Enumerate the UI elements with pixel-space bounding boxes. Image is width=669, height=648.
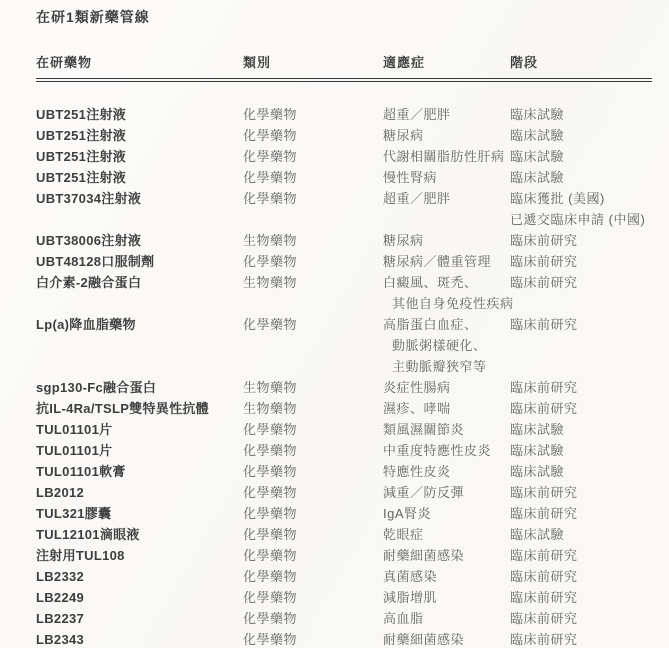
stage-line: 臨床試驗 — [510, 125, 652, 146]
drug-name-cell: TUL01101片 — [36, 419, 243, 440]
stage-cell: 臨床前研究 — [510, 377, 652, 398]
drug-name: 抗IL-4Ra/TSLP雙特異性抗體 — [36, 398, 243, 419]
category-text: 化學藥物 — [243, 545, 383, 566]
stage-cell: 臨床試驗 — [510, 419, 652, 440]
stage-cell: 臨床前研究 — [510, 629, 652, 648]
category-text: 化學藥物 — [243, 587, 383, 608]
indication-line: 減脂增肌 — [383, 587, 510, 608]
stage-line: 臨床試驗 — [510, 440, 652, 461]
drug-name: LB2012 — [36, 482, 243, 503]
category-text: 生物藥物 — [243, 272, 383, 293]
indication-cell: 真菌感染 — [383, 566, 510, 587]
category-text: 生物藥物 — [243, 398, 383, 419]
category-text: 化學藥物 — [243, 629, 383, 648]
indication-cell: 超重／肥胖 — [383, 104, 510, 125]
drug-name-cell: sgp130-Fc融合蛋白 — [36, 377, 243, 398]
category-text: 化學藥物 — [243, 566, 383, 587]
drug-name-cell: UBT251注射液 — [36, 125, 243, 146]
indication-cell: 耐藥細菌感染 — [383, 545, 510, 566]
stage-cell: 臨床試驗 — [510, 125, 652, 146]
table-header: 在研藥物 類別 適應症 階段 — [36, 54, 652, 72]
table-row: UBT251注射液化學藥物代謝相關脂肪性肝病臨床試驗 — [36, 146, 652, 167]
drug-name-cell: LB2012 — [36, 482, 243, 503]
category-cell: 生物藥物 — [243, 398, 383, 419]
category-text: 生物藥物 — [243, 377, 383, 398]
stage-line: 已遞交臨床申請 (中國) — [510, 209, 652, 230]
category-cell: 化學藥物 — [243, 188, 383, 209]
table-row: LB2343化學藥物耐藥細菌感染臨床前研究 — [36, 629, 652, 648]
stage-line: 臨床前研究 — [510, 503, 652, 524]
category-cell: 化學藥物 — [243, 629, 383, 648]
drug-name: LB2343 — [36, 629, 243, 648]
drug-name-cell: 白介素-2融合蛋白 — [36, 272, 243, 293]
drug-name: Lp(a)降血脂藥物 — [36, 314, 243, 335]
table-row: UBT48128口服制劑化學藥物糖尿病／體重管理臨床前研究 — [36, 251, 652, 272]
drug-name: TUL12101滴眼液 — [36, 524, 243, 545]
indication-line: 真菌感染 — [383, 566, 510, 587]
drug-name: LB2249 — [36, 587, 243, 608]
indication-line: 耐藥細菌感染 — [383, 629, 510, 648]
drug-name-cell: LB2332 — [36, 566, 243, 587]
drug-name-cell: Lp(a)降血脂藥物 — [36, 314, 243, 335]
indication-line: 白癜風、斑禿、 — [383, 272, 510, 293]
drug-name: UBT251注射液 — [36, 167, 243, 188]
category-text: 化學藥物 — [243, 314, 383, 335]
indication-line: 高血脂 — [383, 608, 510, 629]
drug-name-cell: 注射用TUL108 — [36, 545, 243, 566]
category-text: 化學藥物 — [243, 608, 383, 629]
category-text: 化學藥物 — [243, 440, 383, 461]
category-cell: 化學藥物 — [243, 503, 383, 524]
column-header-indication: 適應症 — [383, 54, 510, 72]
drug-name-cell: LB2343 — [36, 629, 243, 648]
column-header-category: 類別 — [243, 54, 383, 72]
category-cell: 化學藥物 — [243, 167, 383, 188]
stage-cell: 臨床前研究 — [510, 272, 652, 293]
category-text: 化學藥物 — [243, 503, 383, 524]
drug-name-cell: UBT251注射液 — [36, 146, 243, 167]
category-cell: 化學藥物 — [243, 314, 383, 335]
column-header-stage: 階段 — [510, 54, 652, 72]
indication-line: 慢性腎病 — [383, 167, 510, 188]
category-cell: 化學藥物 — [243, 482, 383, 503]
stage-cell: 臨床前研究 — [510, 587, 652, 608]
category-text: 化學藥物 — [243, 146, 383, 167]
category-text: 生物藥物 — [243, 230, 383, 251]
table-row: UBT251注射液化學藥物超重／肥胖臨床試驗 — [36, 104, 652, 125]
stage-cell: 臨床前研究 — [510, 398, 652, 419]
stage-line: 臨床試驗 — [510, 167, 652, 188]
indication-cell: 慢性腎病 — [383, 167, 510, 188]
indication-cell: 乾眼症 — [383, 524, 510, 545]
drug-name: 白介素-2融合蛋白 — [36, 272, 243, 293]
indication-cell: 糖尿病 — [383, 230, 510, 251]
category-cell: 化學藥物 — [243, 461, 383, 482]
stage-cell: 臨床獲批 (美國)已遞交臨床申請 (中國) — [510, 188, 652, 230]
indication-line: 主動脈瓣狹窄等 — [383, 356, 510, 377]
indication-line: 動脈粥樣硬化、 — [383, 335, 510, 356]
stage-line: 臨床前研究 — [510, 482, 652, 503]
table-row: UBT251注射液化學藥物慢性腎病臨床試驗 — [36, 167, 652, 188]
drug-name: UBT48128口服制劑 — [36, 251, 243, 272]
category-text: 化學藥物 — [243, 461, 383, 482]
table-row: LB2012化學藥物減重／防反彈臨床前研究 — [36, 482, 652, 503]
table-row: UBT251注射液化學藥物糖尿病臨床試驗 — [36, 125, 652, 146]
indication-line: 超重／肥胖 — [383, 188, 510, 209]
stage-cell: 臨床前研究 — [510, 608, 652, 629]
category-text: 化學藥物 — [243, 104, 383, 125]
category-cell: 生物藥物 — [243, 230, 383, 251]
category-cell: 化學藥物 — [243, 146, 383, 167]
stage-line: 臨床試驗 — [510, 146, 652, 167]
indication-cell: 炎症性腸病 — [383, 377, 510, 398]
stage-cell: 臨床前研究 — [510, 482, 652, 503]
table-row: LB2249化學藥物減脂增肌臨床前研究 — [36, 587, 652, 608]
indication-cell: IgA腎炎 — [383, 503, 510, 524]
category-cell: 化學藥物 — [243, 104, 383, 125]
drug-name-cell: UBT251注射液 — [36, 104, 243, 125]
category-cell: 化學藥物 — [243, 587, 383, 608]
stage-cell: 臨床前研究 — [510, 503, 652, 524]
stage-cell: 臨床前研究 — [510, 545, 652, 566]
indication-line: 糖尿病 — [383, 230, 510, 251]
category-text: 化學藥物 — [243, 188, 383, 209]
stage-line: 臨床試驗 — [510, 524, 652, 545]
stage-line: 臨床前研究 — [510, 587, 652, 608]
column-header-drug: 在研藥物 — [36, 54, 243, 72]
indication-line: 其他自身免疫性疾病 — [383, 293, 510, 314]
stage-cell: 臨床試驗 — [510, 440, 652, 461]
category-cell: 化學藥物 — [243, 566, 383, 587]
stage-line: 臨床前研究 — [510, 545, 652, 566]
table-row: TUL12101滴眼液化學藥物乾眼症臨床試驗 — [36, 524, 652, 545]
drug-name: 注射用TUL108 — [36, 545, 243, 566]
indication-cell: 減重／防反彈 — [383, 482, 510, 503]
stage-cell: 臨床前研究 — [510, 251, 652, 272]
indication-line: 乾眼症 — [383, 524, 510, 545]
drug-name: UBT38006注射液 — [36, 230, 243, 251]
category-text: 化學藥物 — [243, 482, 383, 503]
stage-line: 臨床前研究 — [510, 251, 652, 272]
indication-line: 耐藥細菌感染 — [383, 545, 510, 566]
stage-line: 臨床前研究 — [510, 230, 652, 251]
drug-name-cell: LB2249 — [36, 587, 243, 608]
drug-name: TUL01101軟膏 — [36, 461, 243, 482]
category-cell: 化學藥物 — [243, 440, 383, 461]
indication-line: 代謝相關脂肪性肝病 — [383, 146, 510, 167]
indication-cell: 高脂蛋白血症、動脈粥樣硬化、主動脈瓣狹窄等 — [383, 314, 510, 377]
indication-cell: 耐藥細菌感染 — [383, 629, 510, 648]
drug-name: TUL01101片 — [36, 440, 243, 461]
indication-cell: 代謝相關脂肪性肝病 — [383, 146, 510, 167]
drug-name-cell: UBT37034注射液 — [36, 188, 243, 209]
indication-line: 高脂蛋白血症、 — [383, 314, 510, 335]
indication-line: 減重／防反彈 — [383, 482, 510, 503]
drug-name: UBT251注射液 — [36, 146, 243, 167]
table-row: TUL01101片化學藥物中重度特應性皮炎臨床試驗 — [36, 440, 652, 461]
indication-cell: 糖尿病 — [383, 125, 510, 146]
category-cell: 化學藥物 — [243, 545, 383, 566]
category-cell: 生物藥物 — [243, 272, 383, 293]
stage-cell: 臨床試驗 — [510, 167, 652, 188]
drug-name-cell: TUL01101片 — [36, 440, 243, 461]
stage-line: 臨床前研究 — [510, 377, 652, 398]
table-row: Lp(a)降血脂藥物化學藥物高脂蛋白血症、動脈粥樣硬化、主動脈瓣狹窄等臨床前研究 — [36, 314, 652, 377]
stage-line: 臨床前研究 — [510, 314, 652, 335]
category-text: 化學藥物 — [243, 251, 383, 272]
stage-cell: 臨床試驗 — [510, 524, 652, 545]
stage-line: 臨床前研究 — [510, 566, 652, 587]
drug-name: TUL321膠囊 — [36, 503, 243, 524]
table-row: sgp130-Fc融合蛋白生物藥物炎症性腸病臨床前研究 — [36, 377, 652, 398]
indication-cell: 糖尿病／體重管理 — [383, 251, 510, 272]
table-body: UBT251注射液化學藥物超重／肥胖臨床試驗UBT251注射液化學藥物糖尿病臨床… — [36, 104, 652, 648]
drug-name-cell: LB2237 — [36, 608, 243, 629]
indication-line: 中重度特應性皮炎 — [383, 440, 510, 461]
table-row: LB2332化學藥物真菌感染臨床前研究 — [36, 566, 652, 587]
stage-line: 臨床獲批 (美國) — [510, 188, 652, 209]
table-row: UBT37034注射液化學藥物超重／肥胖臨床獲批 (美國)已遞交臨床申請 (中國… — [36, 188, 652, 230]
category-text: 化學藥物 — [243, 524, 383, 545]
drug-name-cell: TUL321膠囊 — [36, 503, 243, 524]
drug-name-cell: 抗IL-4Ra/TSLP雙特異性抗體 — [36, 398, 243, 419]
stage-line: 臨床試驗 — [510, 419, 652, 440]
category-cell: 化學藥物 — [243, 608, 383, 629]
stage-line: 臨床試驗 — [510, 104, 652, 125]
indication-cell: 超重／肥胖 — [383, 188, 510, 209]
stage-line: 臨床前研究 — [510, 629, 652, 648]
table-row: 抗IL-4Ra/TSLP雙特異性抗體生物藥物濕疹、哮喘臨床前研究 — [36, 398, 652, 419]
indication-line: 特應性皮炎 — [383, 461, 510, 482]
indication-line: 超重／肥胖 — [383, 104, 510, 125]
header-divider — [36, 78, 652, 82]
indication-cell: 白癜風、斑禿、其他自身免疫性疾病 — [383, 272, 510, 314]
page-title: 在研1類新藥管線 — [36, 8, 652, 26]
drug-name-cell: TUL01101軟膏 — [36, 461, 243, 482]
table-row: TUL321膠囊化學藥物IgA腎炎臨床前研究 — [36, 503, 652, 524]
pipeline-page: 在研1類新藥管線 在研藥物 類別 適應症 階段 UBT251注射液化學藥物超重／… — [0, 0, 669, 648]
drug-name: UBT251注射液 — [36, 104, 243, 125]
indication-cell: 高血脂 — [383, 608, 510, 629]
stage-cell: 臨床前研究 — [510, 314, 652, 335]
indication-line: 濕疹、哮喘 — [383, 398, 510, 419]
drug-name: LB2237 — [36, 608, 243, 629]
category-cell: 化學藥物 — [243, 125, 383, 146]
table-row: 注射用TUL108化學藥物耐藥細菌感染臨床前研究 — [36, 545, 652, 566]
drug-name-cell: TUL12101滴眼液 — [36, 524, 243, 545]
stage-cell: 臨床試驗 — [510, 146, 652, 167]
table-row: TUL01101片化學藥物類風濕關節炎臨床試驗 — [36, 419, 652, 440]
category-text: 化學藥物 — [243, 167, 383, 188]
indication-cell: 減脂增肌 — [383, 587, 510, 608]
indication-cell: 特應性皮炎 — [383, 461, 510, 482]
drug-name: sgp130-Fc融合蛋白 — [36, 377, 243, 398]
stage-cell: 臨床前研究 — [510, 566, 652, 587]
indication-cell: 中重度特應性皮炎 — [383, 440, 510, 461]
indication-cell: 濕疹、哮喘 — [383, 398, 510, 419]
table-row: TUL01101軟膏化學藥物特應性皮炎臨床試驗 — [36, 461, 652, 482]
stage-line: 臨床前研究 — [510, 272, 652, 293]
category-cell: 化學藥物 — [243, 419, 383, 440]
indication-cell: 類風濕關節炎 — [383, 419, 510, 440]
category-cell: 化學藥物 — [243, 524, 383, 545]
drug-name: LB2332 — [36, 566, 243, 587]
drug-name: TUL01101片 — [36, 419, 243, 440]
indication-line: 糖尿病 — [383, 125, 510, 146]
table-row: UBT38006注射液生物藥物糖尿病臨床前研究 — [36, 230, 652, 251]
stage-line: 臨床前研究 — [510, 398, 652, 419]
drug-name-cell: UBT38006注射液 — [36, 230, 243, 251]
category-text: 化學藥物 — [243, 125, 383, 146]
stage-cell: 臨床前研究 — [510, 230, 652, 251]
table-row: LB2237化學藥物高血脂臨床前研究 — [36, 608, 652, 629]
drug-name: UBT251注射液 — [36, 125, 243, 146]
indication-line: 炎症性腸病 — [383, 377, 510, 398]
drug-name: UBT37034注射液 — [36, 188, 243, 209]
indication-line: 糖尿病／體重管理 — [383, 251, 510, 272]
table-row: 白介素-2融合蛋白生物藥物白癜風、斑禿、其他自身免疫性疾病臨床前研究 — [36, 272, 652, 314]
category-cell: 化學藥物 — [243, 251, 383, 272]
category-cell: 生物藥物 — [243, 377, 383, 398]
indication-line: 類風濕關節炎 — [383, 419, 510, 440]
stage-cell: 臨床試驗 — [510, 461, 652, 482]
drug-name-cell: UBT251注射液 — [36, 167, 243, 188]
indication-line: IgA腎炎 — [383, 503, 510, 524]
stage-line: 臨床前研究 — [510, 608, 652, 629]
category-text: 化學藥物 — [243, 419, 383, 440]
drug-name-cell: UBT48128口服制劑 — [36, 251, 243, 272]
stage-cell: 臨床試驗 — [510, 104, 652, 125]
stage-line: 臨床試驗 — [510, 461, 652, 482]
